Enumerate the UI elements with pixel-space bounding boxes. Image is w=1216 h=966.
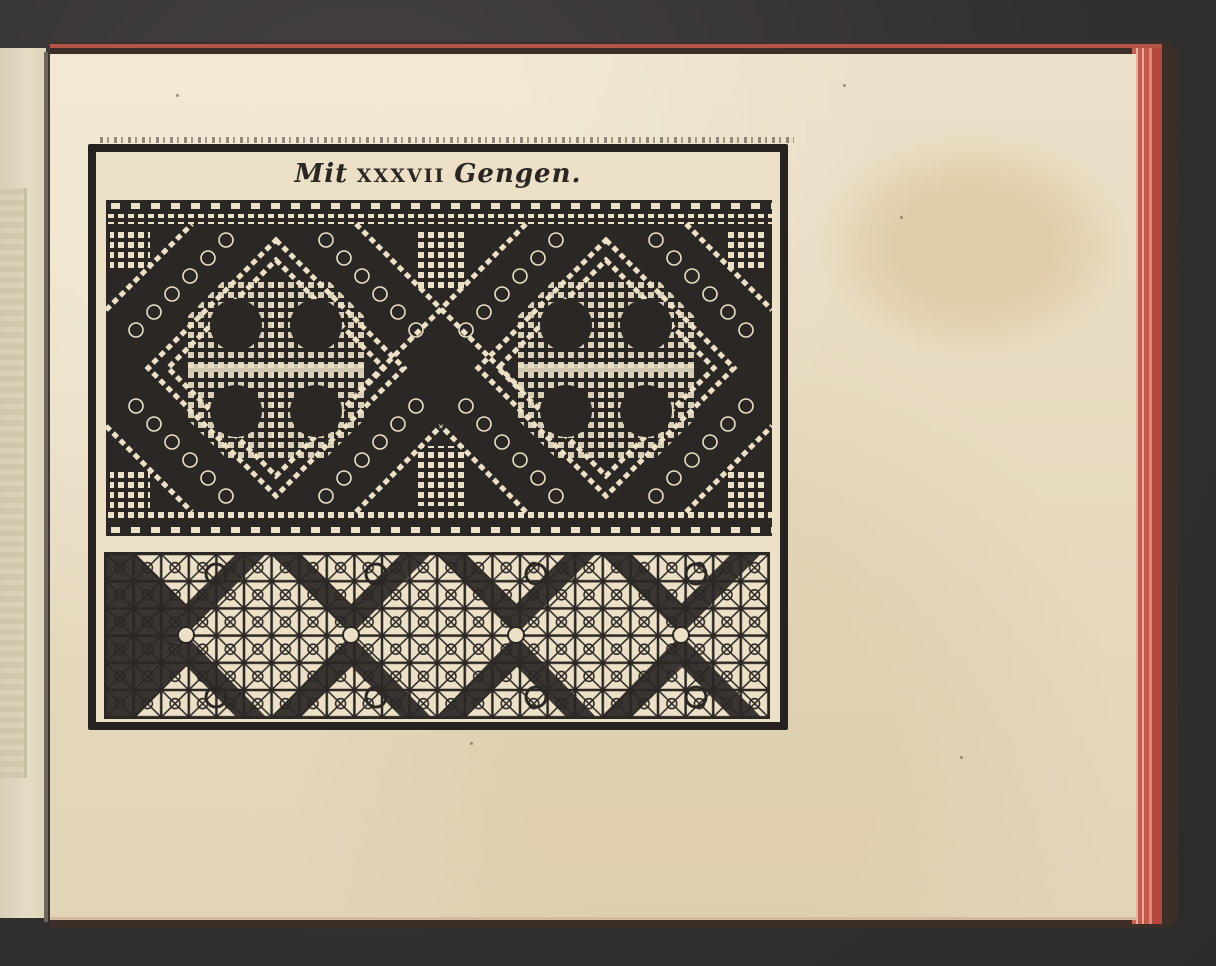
filet-pattern-graphic (106, 200, 772, 536)
previous-page-print-bleed (0, 188, 27, 778)
reticella-pattern-graphic (106, 554, 768, 717)
paper-speck (176, 94, 179, 97)
plate-top-ragged-edge (100, 137, 794, 143)
lower-reticella-band (104, 552, 770, 719)
paper-speck (960, 756, 963, 759)
book-gutter (44, 52, 48, 922)
previous-page-edge (0, 48, 46, 918)
paper-speck (843, 84, 846, 87)
title-suffix: Gengen. (454, 159, 581, 189)
title-prefix: Mit (294, 159, 348, 189)
paper-speck (470, 742, 473, 745)
plate-title: Mit XXXVII Gengen. (96, 154, 780, 194)
title-numeral: XXXVII (357, 165, 446, 187)
paper-speck (900, 216, 903, 219)
woodcut-plate: Mit XXXVII Gengen. (88, 144, 788, 730)
upper-lace-band (106, 200, 772, 536)
